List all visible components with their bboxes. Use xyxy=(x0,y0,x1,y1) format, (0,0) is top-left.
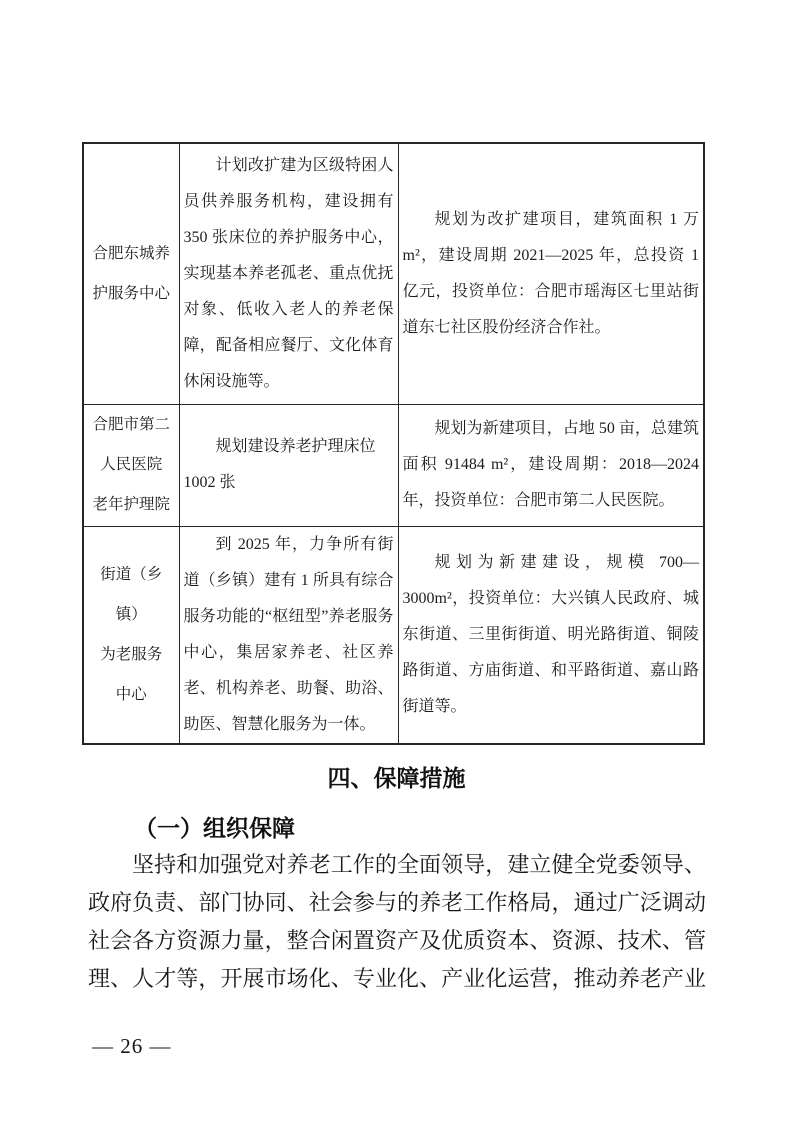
table-row: 合肥市第二 人民医院 老年护理院 规划建设养老护理床位 1002 张 规划为新建… xyxy=(83,404,704,526)
projects-table: 合肥东城养 护服务中心 计划改扩建为区级特困人员供养服务机构，建设拥有 350 … xyxy=(82,142,705,745)
facility-name-cell: 合肥东城养 护服务中心 xyxy=(83,143,179,404)
page-number: — 26 — xyxy=(92,1034,172,1059)
body-paragraph: 坚持和加强党对养老工作的全面领导，建立健全党委领导、 政府负责、部门协同、社会参… xyxy=(88,846,706,998)
document-page: 合肥东城养 护服务中心 计划改扩建为区级特困人员供养服务机构，建设拥有 350 … xyxy=(0,0,793,1122)
plan-cell: 计划改扩建为区级特困人员供养服务机构，建设拥有 350 张床位的养护服务中心，实… xyxy=(179,143,398,404)
section-heading: 四、保障措施 xyxy=(0,760,793,793)
plan-cell: 到 2025 年，力争所有街道（乡镇）建有 1 所具有综合服务功能的“枢纽型”养… xyxy=(179,526,398,744)
details-cell: 规划为新建建设，规模 700—3000m²，投资单位：大兴镇人民政府、城东街道、… xyxy=(398,526,704,744)
table-row: 街道（乡镇） 为老服务 中心 到 2025 年，力争所有街道（乡镇）建有 1 所… xyxy=(83,526,704,744)
table-row: 合肥东城养 护服务中心 计划改扩建为区级特困人员供养服务机构，建设拥有 350 … xyxy=(83,143,704,404)
plan-cell: 规划建设养老护理床位 1002 张 xyxy=(179,404,398,526)
facility-name-cell: 街道（乡镇） 为老服务 中心 xyxy=(83,526,179,744)
facility-name-cell: 合肥市第二 人民医院 老年护理院 xyxy=(83,404,179,526)
details-cell: 规划为改扩建项目，建筑面积 1 万 m²，建设周期 2021—2025 年，总投… xyxy=(398,143,704,404)
details-cell: 规划为新建项目，占地 50 亩，总建筑面积 91484 m²，建设周期：2018… xyxy=(398,404,704,526)
subsection-heading: （一）组织保障 xyxy=(88,810,706,843)
